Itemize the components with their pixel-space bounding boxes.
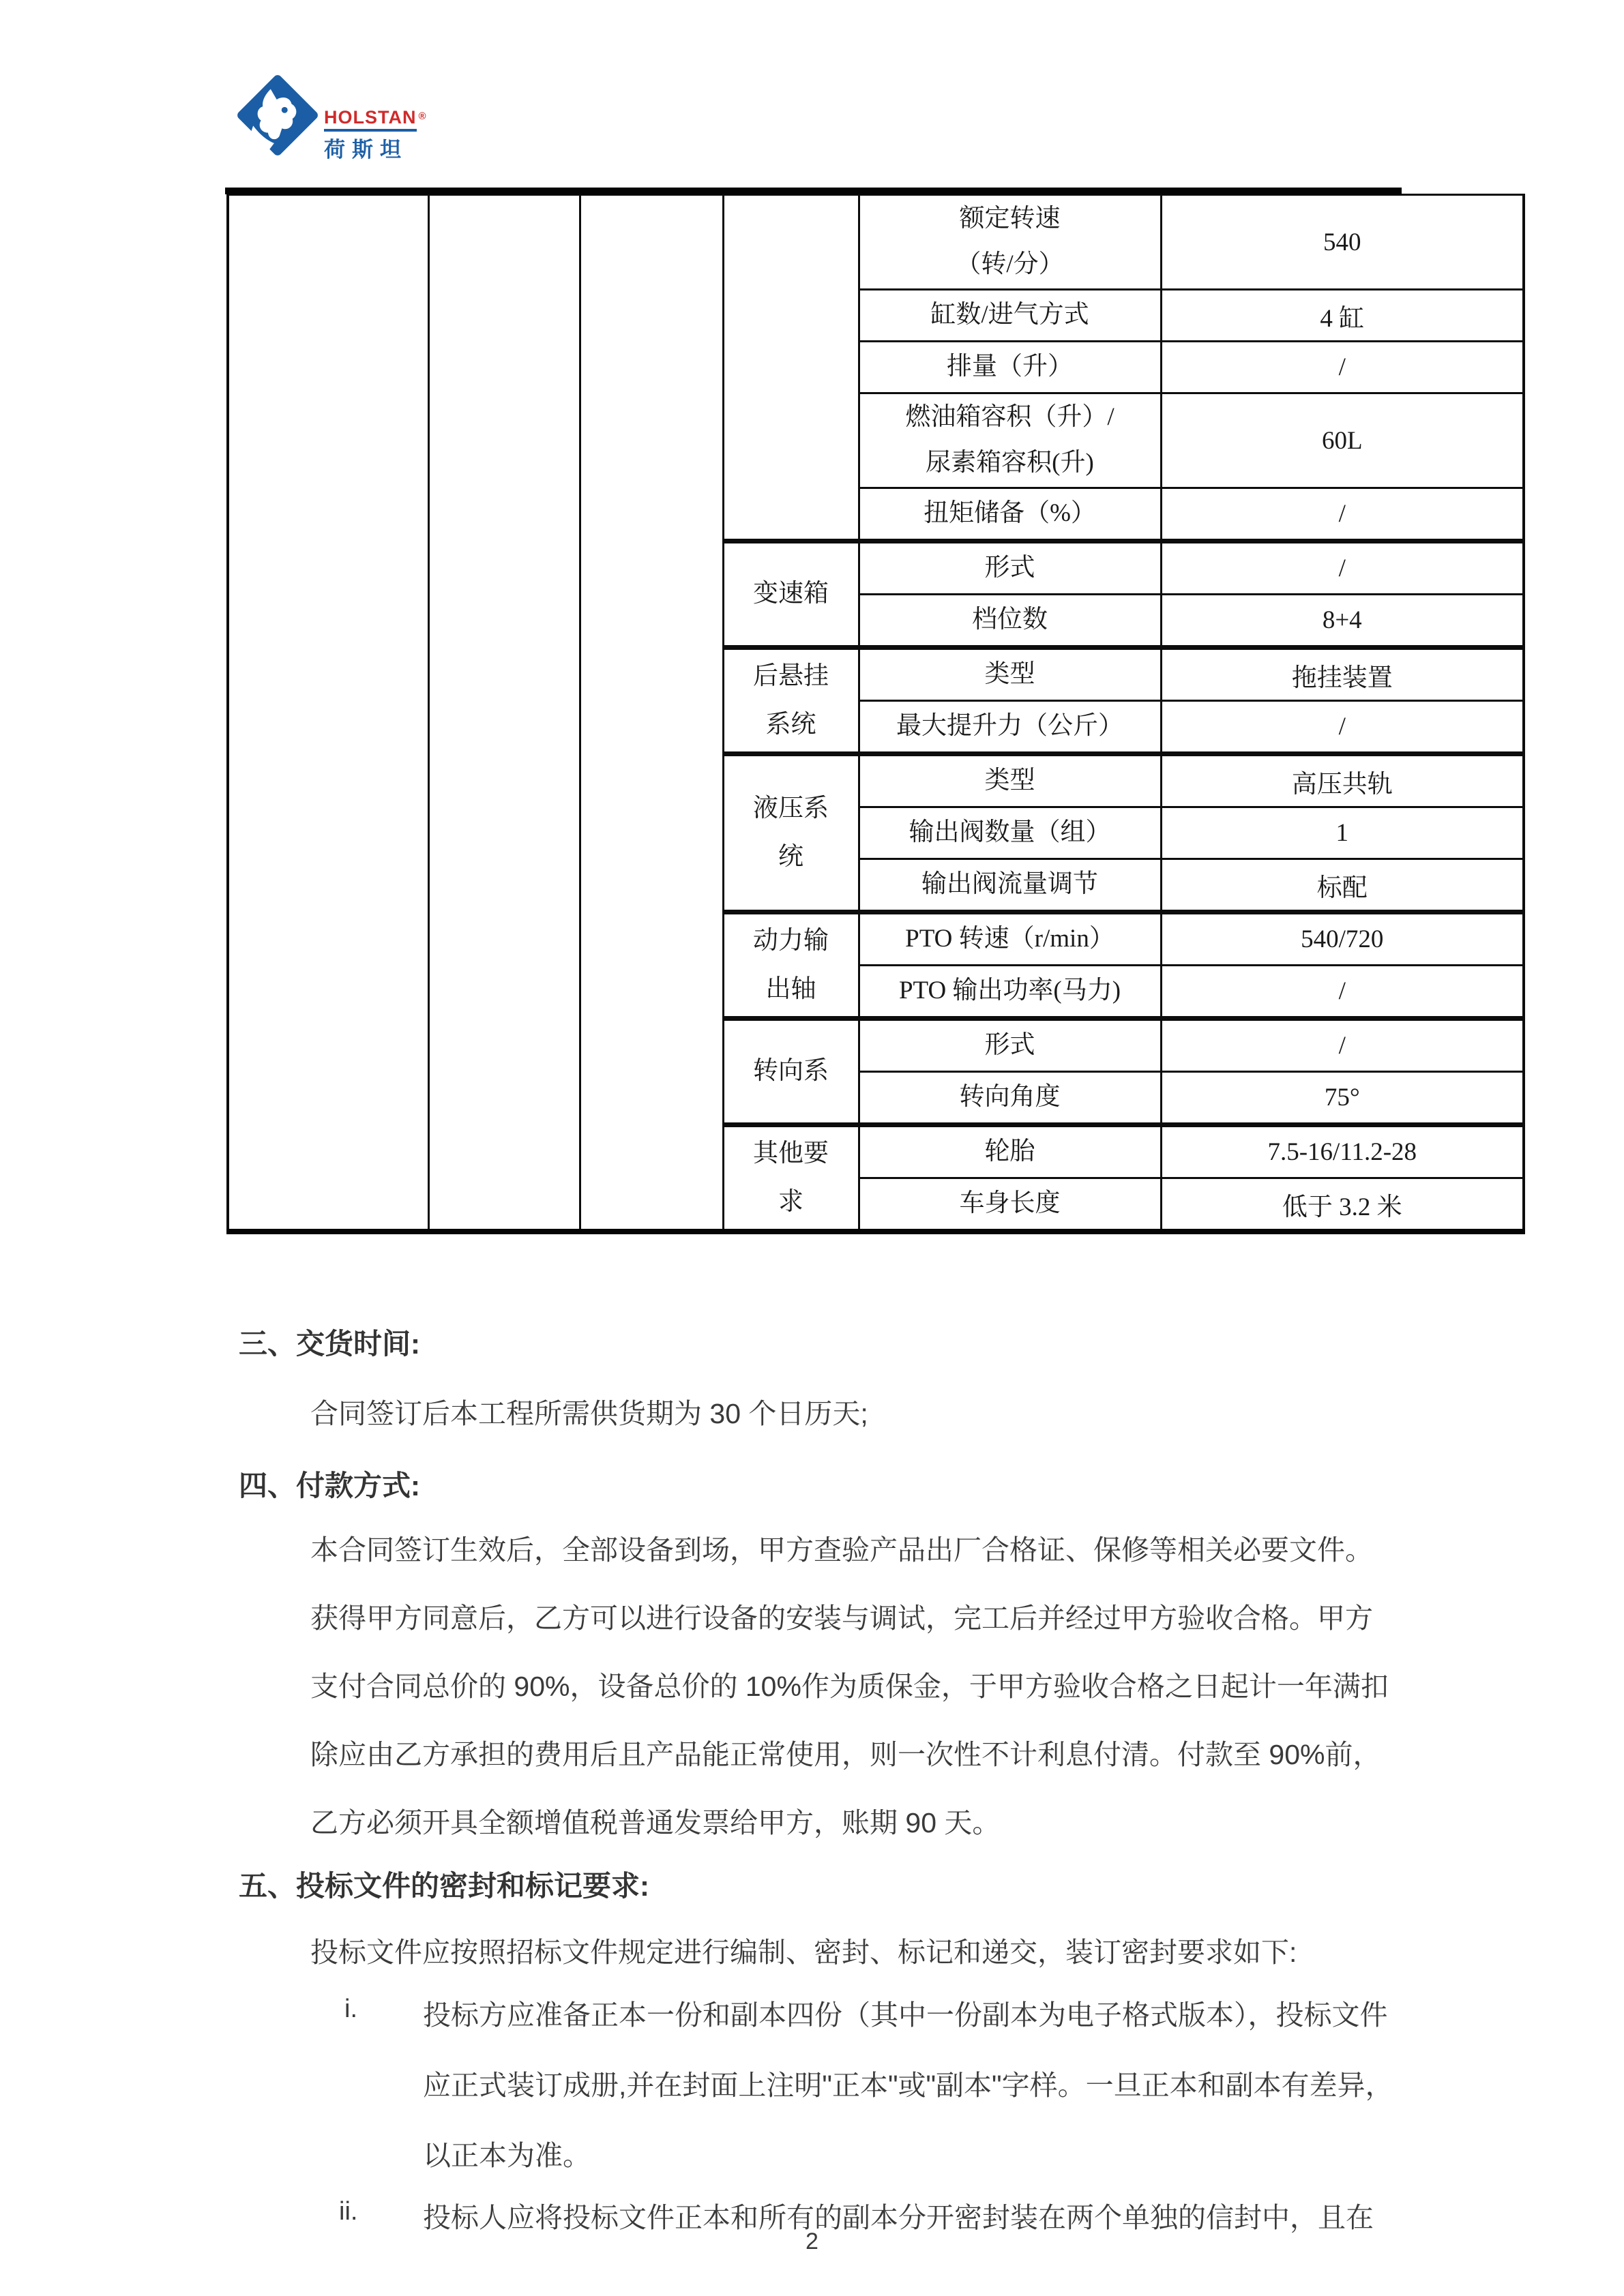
value-cell: 标配 bbox=[1161, 859, 1524, 912]
spec-cell: 扭矩储备（%） bbox=[859, 488, 1161, 541]
value-cell: / bbox=[1161, 541, 1524, 595]
item-i-line-3: 以正本为准。 bbox=[423, 2133, 591, 2173]
cow-head-diamond-icon bbox=[234, 72, 321, 159]
section-sealing-heading: 五、投标文件的密封和标记要求: bbox=[239, 1864, 649, 1905]
spec-cell: 排量（升） bbox=[859, 342, 1161, 393]
value-cell: 75° bbox=[1161, 1072, 1524, 1125]
spec-table: 额定转速 （转/分） 540 缸数/进气方式 4 缸 排量（升） / 燃油箱容积… bbox=[226, 194, 1522, 1234]
payment-line-4: 除应由乙方承担的费用后且产品能正常使用，则一次性不计利息付清。付款至 90%前， bbox=[310, 1732, 1381, 1772]
holstan-logo: HOLSTAN® 荷斯坦 bbox=[234, 72, 520, 164]
item-i-line-1: 投标方应准备正本一份和副本四份（其中一份副本为电子格式版本），投标文件 bbox=[423, 1993, 1388, 2033]
item-i-line-2: 应正式装订成册,并在封面上注明"正本"或"副本"字样。一旦正本和副本有差异， bbox=[423, 2063, 1393, 2103]
sealing-intro-line: 投标文件应按照招标文件规定进行编制、密封、标记和递交，装订密封要求如下: bbox=[310, 1930, 1297, 1970]
value-cell: / bbox=[1161, 342, 1524, 393]
table-top-border bbox=[225, 188, 1402, 194]
empty-cell bbox=[580, 195, 723, 1232]
empty-cell bbox=[428, 195, 580, 1232]
spec-cell: 形式 bbox=[859, 1019, 1161, 1072]
spec-cell: 转向角度 bbox=[859, 1072, 1161, 1125]
document-page: HOLSTAN® 荷斯坦 额定转速 （转/分） 540 缸数/进气方式 bbox=[0, 0, 1624, 2296]
list-marker-ii: ii. bbox=[339, 2197, 357, 2226]
value-cell: / bbox=[1161, 701, 1524, 754]
spec-cell: 最大提升力（公斤） bbox=[859, 701, 1161, 754]
category-cell bbox=[723, 195, 859, 541]
payment-line-2: 获得甲方同意后，乙方可以进行设备的安装与调试，完工后并经过甲方验收合格。甲方 bbox=[310, 1596, 1373, 1636]
value-cell: 60L bbox=[1161, 393, 1524, 488]
spec-cell: 燃油箱容积（升）/ 尿素箱容积(升) bbox=[859, 393, 1161, 488]
spec-cell: 类型 bbox=[859, 754, 1161, 807]
value-cell: 540/720 bbox=[1161, 912, 1524, 966]
category-cell: 其他要 求 bbox=[723, 1125, 859, 1232]
value-cell: 7.5-16/11.2-28 bbox=[1161, 1125, 1524, 1178]
category-cell: 变速箱 bbox=[723, 541, 859, 648]
spec-cell: 类型 bbox=[859, 648, 1161, 701]
value-cell: 4 缸 bbox=[1161, 290, 1524, 342]
section-payment-heading: 四、付款方式: bbox=[239, 1463, 420, 1504]
spec-cell: 形式 bbox=[859, 541, 1161, 595]
delivery-body-line: 合同签订后本工程所需供货期为 30 个日历天; bbox=[310, 1391, 868, 1431]
value-cell: / bbox=[1161, 966, 1524, 1019]
value-cell: 低于 3.2 米 bbox=[1161, 1178, 1524, 1232]
logo-text-block: HOLSTAN® 荷斯坦 bbox=[324, 107, 426, 163]
value-cell: 540 bbox=[1161, 195, 1524, 290]
page-number: 2 bbox=[0, 2228, 1624, 2255]
spec-cell: 输出阀流量调节 bbox=[859, 859, 1161, 912]
value-cell: / bbox=[1161, 488, 1524, 541]
empty-cell bbox=[228, 195, 428, 1232]
spec-cell: PTO 输出功率(马力) bbox=[859, 966, 1161, 1019]
value-cell: 8+4 bbox=[1161, 595, 1524, 648]
spec-cell: 车身长度 bbox=[859, 1178, 1161, 1232]
value-cell: 1 bbox=[1161, 807, 1524, 859]
spec-cell: 档位数 bbox=[859, 595, 1161, 648]
spec-table-grid: 额定转速 （转/分） 540 缸数/进气方式 4 缸 排量（升） / 燃油箱容积… bbox=[226, 194, 1525, 1234]
category-cell: 转向系 bbox=[723, 1019, 859, 1125]
list-marker-i: i. bbox=[344, 1995, 357, 2024]
section-delivery-heading: 三、交货时间: bbox=[239, 1322, 420, 1362]
category-cell: 动力输 出轴 bbox=[723, 912, 859, 1019]
category-cell: 液压系 统 bbox=[723, 754, 859, 912]
spec-cell: 缸数/进气方式 bbox=[859, 290, 1161, 342]
logo-brand-text: HOLSTAN bbox=[324, 107, 417, 132]
value-cell: 高压共轨 bbox=[1161, 754, 1524, 807]
spec-cell: 额定转速 （转/分） bbox=[859, 195, 1161, 290]
value-cell: / bbox=[1161, 1019, 1524, 1072]
payment-line-1: 本合同签订生效后，全部设备到场，甲方查验产品出厂合格证、保修等相关必要文件。 bbox=[310, 1527, 1373, 1568]
payment-line-5: 乙方必须开具全额增值税普通发票给甲方，账期 90 天。 bbox=[310, 1800, 1000, 1840]
payment-line-3: 支付合同总价的 90%，设备总价的 10%作为质保金，于甲方验收合格之日起计一年… bbox=[310, 1664, 1389, 1704]
spec-cell: PTO 转速（r/min） bbox=[859, 912, 1161, 966]
spec-cell: 轮胎 bbox=[859, 1125, 1161, 1178]
registered-trademark-icon: ® bbox=[419, 110, 426, 122]
spec-cell: 输出阀数量（组） bbox=[859, 807, 1161, 859]
value-cell: 拖挂装置 bbox=[1161, 648, 1524, 701]
logo-chinese-text: 荷斯坦 bbox=[324, 132, 426, 163]
category-cell: 后悬挂 系统 bbox=[723, 648, 859, 754]
